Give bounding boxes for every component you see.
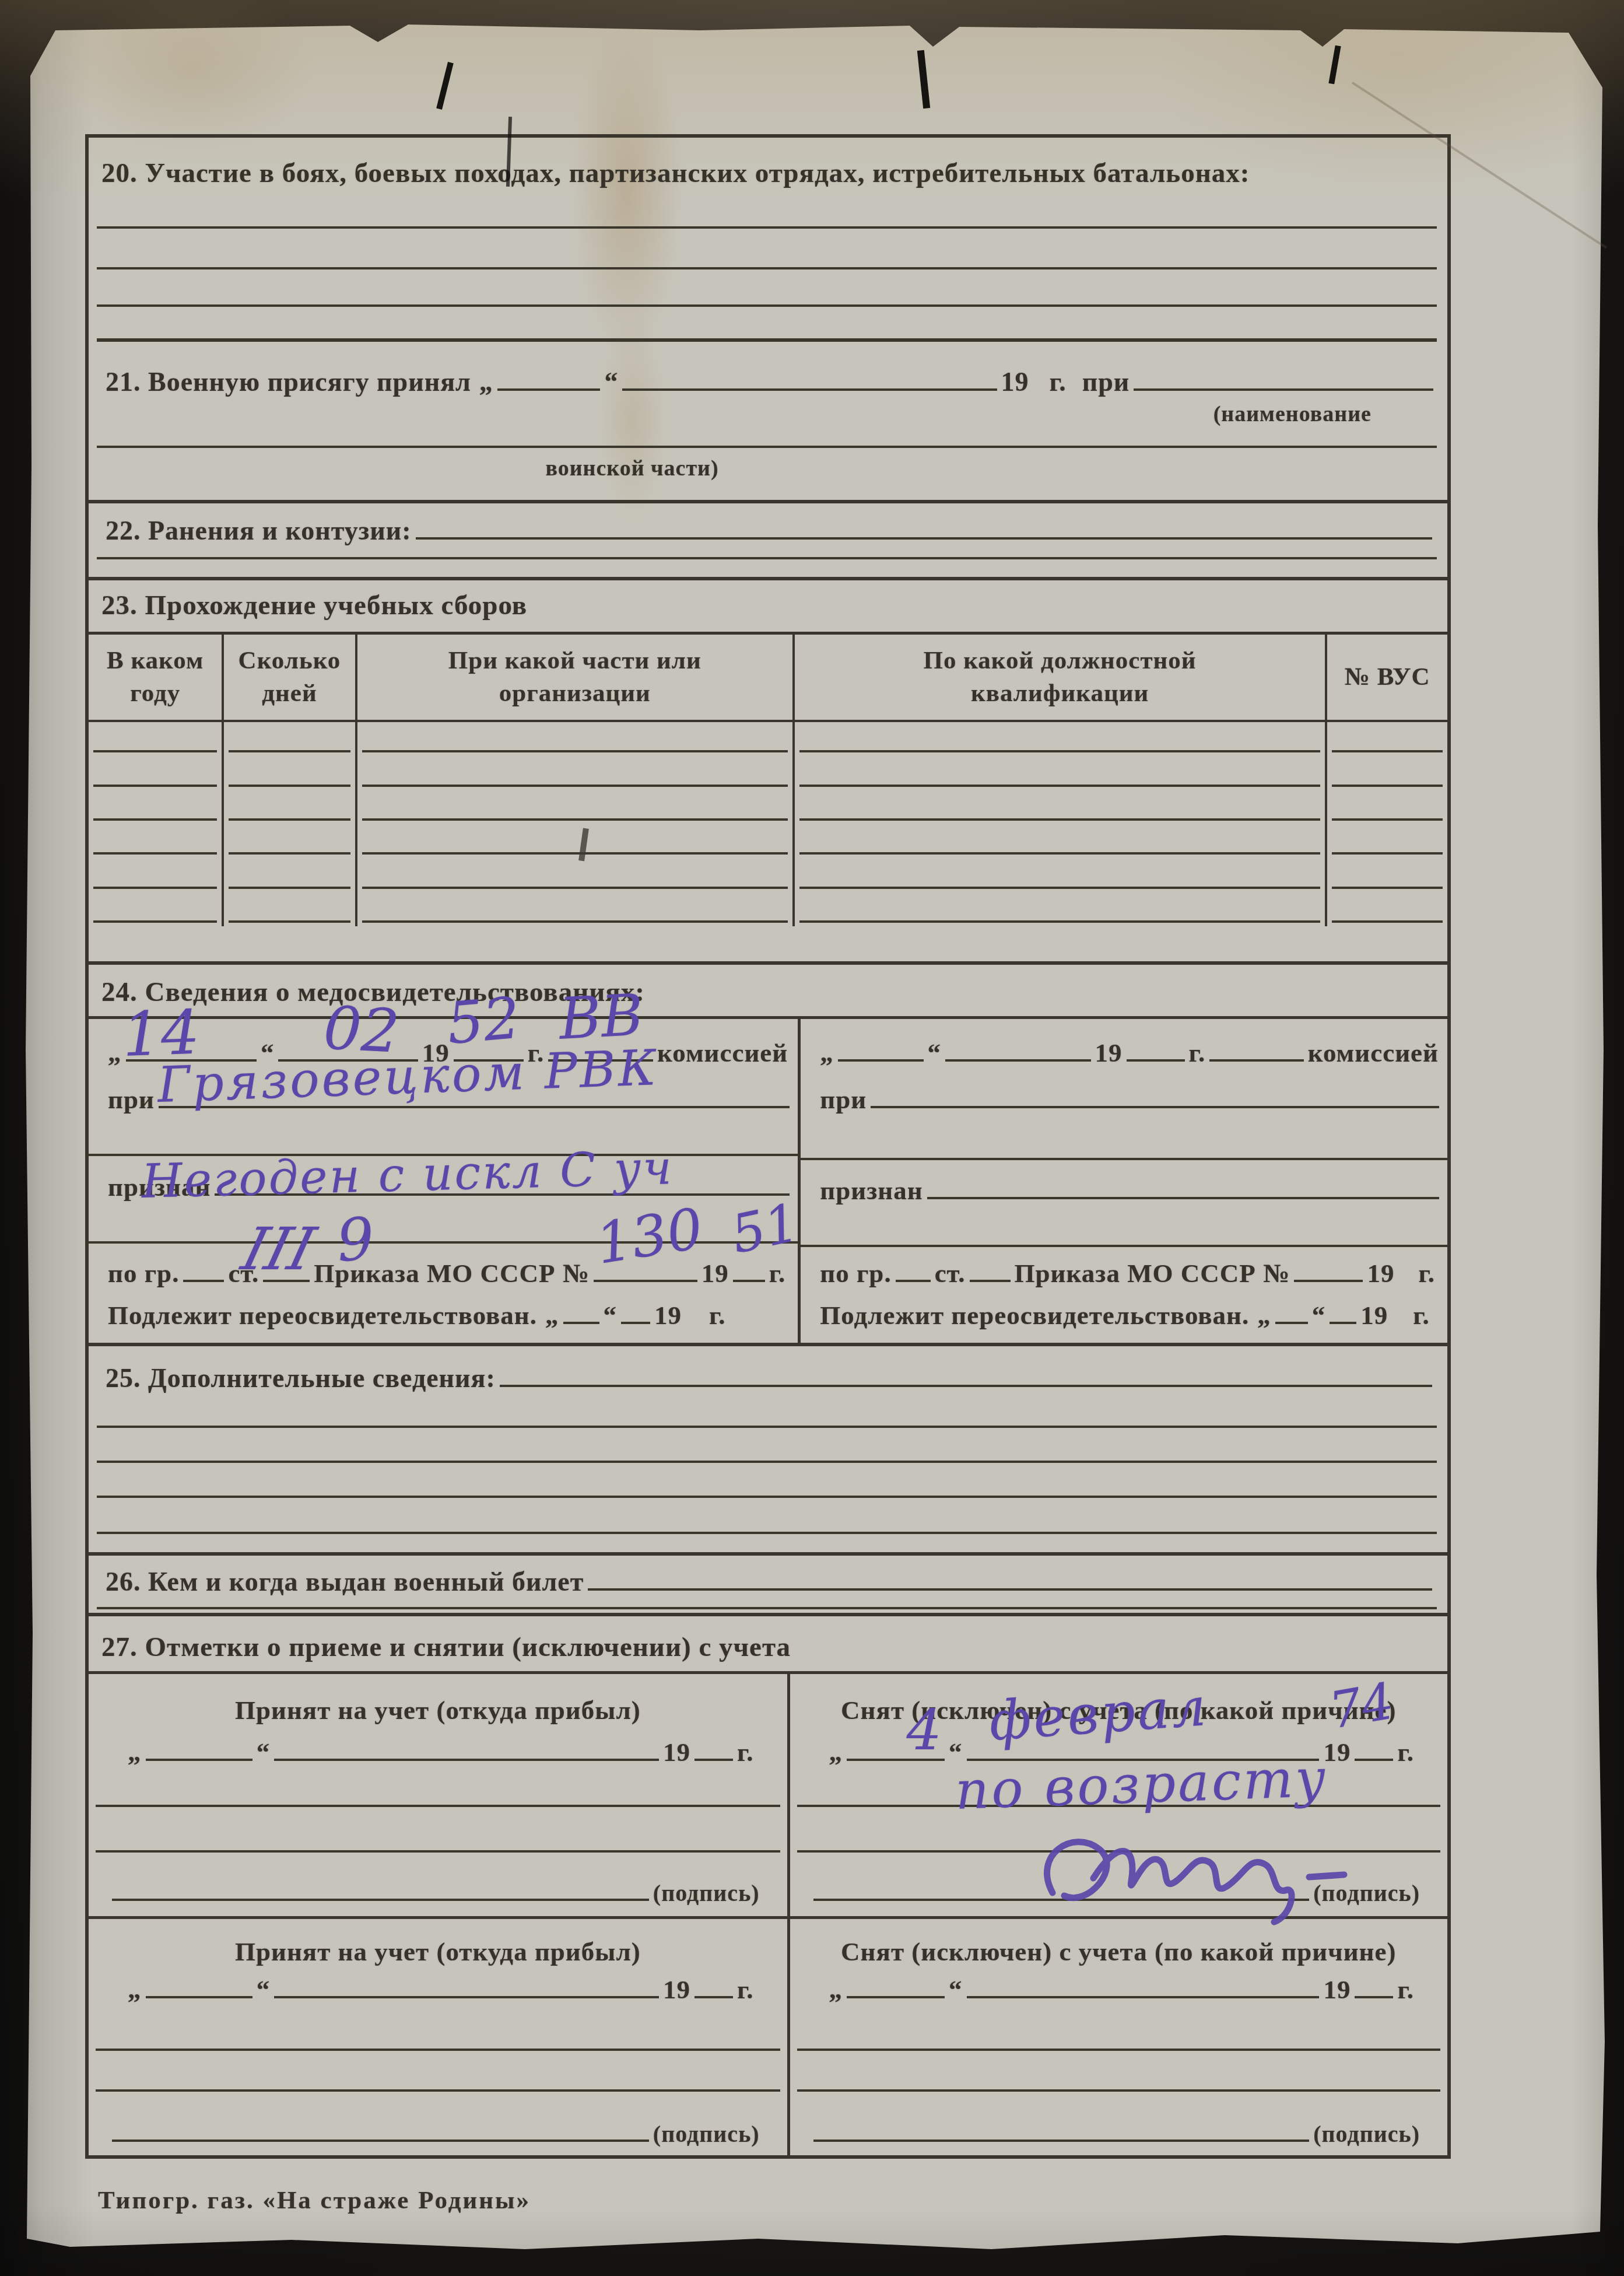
year-prefix: 19 <box>1095 1038 1123 1068</box>
section-25-title: 25. Дополнительные сведения: <box>106 1363 496 1393</box>
table-cell <box>222 824 355 858</box>
date-row: „ “ 19 г. <box>825 1974 1418 2005</box>
unit-hint-bottom: воинской части) <box>89 456 1176 481</box>
table-cell <box>1325 756 1447 790</box>
col-header-vus: № ВУС <box>1325 635 1447 722</box>
section-23: 23. Прохождение учебных сборов В каком г… <box>89 580 1447 965</box>
day-blank <box>497 384 601 391</box>
at-label: при <box>108 1084 155 1115</box>
section-27: 27. Отметки о приеме и снятии (исключени… <box>89 1616 1447 2155</box>
handwritten-order-year: 51 <box>726 1192 804 1266</box>
year-prefix: 19 <box>1360 1300 1388 1330</box>
blank-line <box>97 446 1437 448</box>
month-blank <box>967 1991 1320 1998</box>
blank-line <box>97 267 1437 269</box>
year-suffix-label: г. <box>769 1258 786 1288</box>
med-reexam-row: Подлежит переосвидетельствован. „ “ 19 г… <box>816 1300 1439 1330</box>
commission-blank <box>1209 1055 1303 1062</box>
signature-blank <box>112 2135 649 2142</box>
close-quote: “ <box>257 1974 271 2005</box>
blank-line <box>97 226 1437 229</box>
medical-split: „ “ 19 г. комиссией при <box>89 1016 1447 1343</box>
order-year-blank <box>733 1275 765 1282</box>
day-blank <box>146 1991 252 1998</box>
accepted-cell-2: Принят на учет (откуда прибыл) „ “ 19 г. <box>89 1919 787 2155</box>
blank-line <box>97 1496 1437 1498</box>
medical-left-column: „ “ 19 г. комиссией при <box>89 1019 798 1343</box>
article-blank <box>970 1275 1011 1282</box>
table-cell <box>89 858 222 892</box>
table-cell <box>355 722 792 756</box>
year-blank <box>1355 1754 1393 1761</box>
table-cell <box>89 892 222 926</box>
col-header-year: В каком году <box>89 635 222 722</box>
col-header-qualification: По какой должностной квалификации <box>792 635 1325 722</box>
commission-label: комиссией <box>657 1038 788 1068</box>
additional-blank <box>500 1380 1432 1387</box>
day-blank <box>563 1317 599 1324</box>
year-prefix: 19 <box>663 1737 690 1767</box>
table-cell <box>355 790 792 824</box>
verdict-blank <box>927 1192 1439 1199</box>
signature-row: (подпись) <box>112 1879 764 1907</box>
table-cell <box>222 858 355 892</box>
removed-cell-2: Снят (исключен) с учета (по какой причин… <box>787 1919 1447 2155</box>
year-prefix: 19 <box>1367 1258 1394 1288</box>
commission-label: комиссией <box>1308 1038 1439 1068</box>
blank-line <box>96 2089 780 2092</box>
year-prefix: 19 <box>654 1300 682 1330</box>
removed-cell-1: Снят (исключен) с учета (по какой причин… <box>787 1674 1447 1919</box>
handwritten-year: 74 <box>1325 1672 1398 1741</box>
blank-line <box>96 1850 780 1853</box>
additional-info-row: 25. Дополнительные сведения: <box>101 1363 1432 1393</box>
year-prefix: 19 <box>663 1974 690 2005</box>
group-label: по гр. <box>820 1258 891 1288</box>
blank-line <box>97 1461 1437 1463</box>
day-blank <box>847 1991 945 1998</box>
wounds-blank <box>416 533 1432 540</box>
section-26: 26. Кем и когда выдан военный билет <box>89 1556 1447 1616</box>
section-20-21: 20. Участие в боях, боевых походах, парт… <box>89 138 1447 503</box>
med-at-row: при <box>816 1084 1439 1115</box>
signature-label: (подпись) <box>653 1879 760 1907</box>
training-table: В каком году Сколько дней При какой част… <box>89 632 1447 961</box>
open-quote: „ <box>108 1038 122 1068</box>
reexam-label: Подлежит переосвидетельствован. <box>108 1300 537 1330</box>
med-order-row: по гр. ст. Приказа МО СССР № 19 г. <box>816 1258 1439 1288</box>
day-blank <box>838 1055 924 1062</box>
open-quote: „ <box>128 1737 142 1767</box>
year-blank <box>1355 1991 1393 1998</box>
medical-right-column: „ “ 19 г. комиссией при <box>798 1019 1447 1343</box>
blank-line <box>97 1607 1437 1609</box>
scanned-military-id-page: 20. Участие в боях, боевых походах, парт… <box>0 0 1624 2276</box>
open-quote: „ <box>829 1974 843 2005</box>
group-label: по гр. <box>108 1258 179 1288</box>
close-quote: “ <box>604 1300 618 1330</box>
table-cell <box>89 756 222 790</box>
section-24: 24. Сведения о медосвидетельствованиях: … <box>89 965 1447 1346</box>
order-number-blank <box>594 1275 697 1282</box>
year-suffix-label: г. <box>1397 1737 1414 1767</box>
table-cell <box>222 722 355 756</box>
table-cell <box>355 824 792 858</box>
col-header-unit: При какой части или организации <box>355 635 792 722</box>
blank-line <box>96 2049 780 2051</box>
accepted-header: Принят на учет (откуда прибыл) <box>94 1695 781 1725</box>
year-blank <box>695 1754 733 1761</box>
blank-line <box>97 557 1437 559</box>
month-blank <box>1330 1317 1356 1324</box>
blank-line <box>797 2089 1440 2092</box>
table-cell <box>355 756 792 790</box>
close-quote: “ <box>604 366 618 397</box>
close-quote: “ <box>257 1737 271 1767</box>
order-number-blank <box>1294 1275 1363 1282</box>
med-date-row: „ “ 19 г. комиссией <box>816 1038 1443 1068</box>
section-21-label: 21. Военную присягу принял <box>106 366 471 397</box>
signature-label: (подпись) <box>653 2120 760 2148</box>
section-22: 22. Ранения и контузии: <box>89 503 1447 580</box>
blank-line <box>96 1805 780 1807</box>
table-cell <box>792 824 1325 858</box>
issued-by-row: 26. Кем и когда выдан военный билет <box>101 1566 1432 1597</box>
table-cell <box>222 756 355 790</box>
month-blank <box>621 1317 650 1324</box>
year-prefix: 19 <box>1323 1974 1351 2005</box>
year-suffix-label: г. <box>709 1300 726 1330</box>
issued-by-blank <box>588 1584 1432 1591</box>
year-suffix-label: г. <box>1418 1258 1435 1288</box>
table-cell <box>1325 858 1447 892</box>
med-reexam-row: Подлежит переосвидетельствован. „ “ 19 г… <box>104 1300 790 1330</box>
year-prefix: 19 <box>701 1258 729 1288</box>
accepted-cell-1: Принят на учет (откуда прибыл) „ “ 19 г. <box>89 1674 787 1919</box>
year-suffix-label: г. <box>1397 1974 1414 2005</box>
declared-label: признан <box>820 1175 923 1206</box>
signature-scribble <box>1018 1814 1367 1925</box>
pri-label: при <box>1082 366 1130 397</box>
open-quote: „ <box>545 1300 559 1330</box>
reexam-label: Подлежит переосвидетельствован. <box>820 1300 1249 1330</box>
section-20-title: 20. Участие в боях, боевых походах, парт… <box>101 156 1250 191</box>
year-suffix-label: г. <box>1189 1038 1206 1068</box>
oath-row: 21. Военную присягу принял „ “ 19 г. при <box>101 366 1433 397</box>
table-cell <box>792 892 1325 926</box>
month-blank <box>622 384 997 391</box>
date-row: „ “ 19 г. <box>124 1974 758 2005</box>
open-quote: „ <box>479 366 493 397</box>
article-label: ст. <box>935 1258 966 1288</box>
section-27-title: 27. Отметки о приеме и снятии (исключени… <box>101 1630 791 1665</box>
group-blank <box>183 1275 224 1282</box>
table-cell <box>1325 892 1447 926</box>
blank-line <box>801 1158 1447 1160</box>
table-cell <box>792 722 1325 756</box>
handwritten-day: 4 <box>907 1699 942 1763</box>
signature-blank <box>813 2135 1310 2142</box>
date-row: „ “ 19 г. <box>124 1737 758 1767</box>
col-header-days: Сколько дней <box>222 635 355 722</box>
table-cell <box>1325 790 1447 824</box>
blank-line <box>97 1532 1437 1534</box>
printer-imprint: Типогр. газ. «На страже Родины» <box>98 2186 531 2215</box>
month-blank <box>945 1055 1091 1062</box>
table-cell <box>355 858 792 892</box>
year-blank <box>695 1991 733 1998</box>
med-verdict-row: признан <box>816 1175 1439 1206</box>
section-23-title: 23. Прохождение учебных сборов <box>101 589 527 623</box>
table-cell <box>792 858 1325 892</box>
registration-split: Принят на учет (откуда прибыл) „ “ 19 г. <box>89 1671 1447 2155</box>
table-cell <box>222 892 355 926</box>
table-cell <box>222 790 355 824</box>
unit-blank <box>1134 384 1433 391</box>
table-cell <box>89 790 222 824</box>
at-label: при <box>820 1084 867 1115</box>
year-suffix-label: г. <box>1050 366 1067 397</box>
year-prefix: 19 <box>1001 366 1029 397</box>
section-22-title: 22. Ранения и контузии: <box>106 515 412 546</box>
close-quote: “ <box>1312 1300 1326 1330</box>
close-quote: “ <box>928 1038 942 1068</box>
wounds-row: 22. Ранения и контузии: <box>101 515 1432 546</box>
section-25: 25. Дополнительные сведения: <box>89 1346 1447 1556</box>
open-quote: „ <box>128 1974 142 2005</box>
at-blank <box>871 1101 1439 1108</box>
blank-line <box>797 2049 1440 2051</box>
removed-header: Снят (исключен) с учета (по какой причин… <box>796 1937 1441 1967</box>
handwritten-article: 9 <box>335 1204 377 1275</box>
table-cell <box>792 790 1325 824</box>
signature-row: (подпись) <box>813 2120 1424 2148</box>
section-26-title: 26. Кем и когда выдан военный билет <box>106 1566 584 1597</box>
year-suffix-label: г. <box>737 1974 754 2005</box>
open-quote: „ <box>829 1737 843 1767</box>
handwritten-reason: по возрасту <box>954 1748 1329 1822</box>
month-blank <box>274 1754 659 1761</box>
blank-line <box>97 1426 1437 1428</box>
signature-row: (подпись) <box>112 2120 764 2148</box>
group-blank <box>896 1275 931 1282</box>
signature-label: (подпись) <box>1313 2120 1420 2148</box>
year-suffix-label: г. <box>737 1737 754 1767</box>
table-cell <box>89 824 222 858</box>
form-outer-box: 20. Участие в боях, боевых походах, парт… <box>85 134 1451 2159</box>
month-blank <box>274 1991 659 1998</box>
year-blank <box>1127 1055 1185 1062</box>
open-quote: „ <box>820 1038 834 1068</box>
day-blank <box>146 1754 252 1761</box>
table-cell <box>355 892 792 926</box>
year-suffix-label: г. <box>1413 1300 1430 1330</box>
accepted-header: Принят на учет (откуда прибыл) <box>94 1937 781 1967</box>
blank-line <box>801 1245 1447 1247</box>
table-cell <box>89 722 222 756</box>
open-quote: „ <box>1257 1300 1271 1330</box>
unit-hint-top: (наименование <box>1213 401 1372 427</box>
table-cell <box>1325 722 1447 756</box>
day-blank <box>1275 1317 1308 1324</box>
signature-blank <box>112 1894 649 1901</box>
table-cell <box>1325 824 1447 858</box>
close-quote: “ <box>949 1974 963 2005</box>
order-label: Приказа МО СССР № <box>1015 1258 1290 1288</box>
table-cell <box>792 756 1325 790</box>
blank-line <box>97 304 1437 307</box>
blank-line <box>97 338 1437 342</box>
